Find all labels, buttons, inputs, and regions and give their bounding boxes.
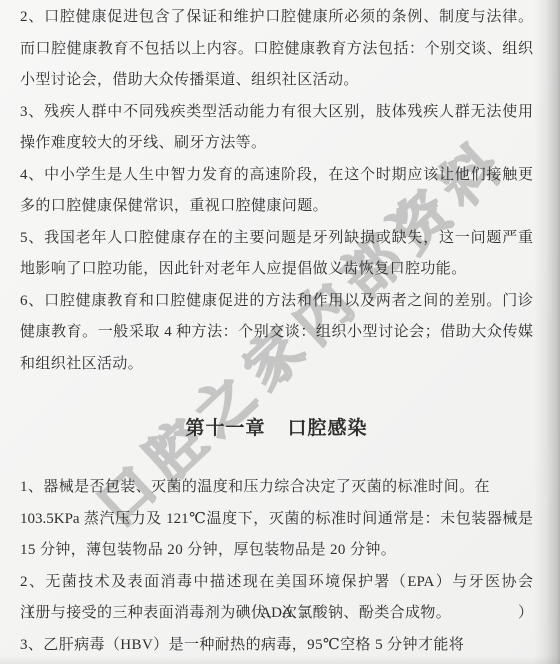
chapter-heading: 第十一章 口腔感染 — [20, 413, 533, 444]
text-line: 小型讨论会，借助大众传播渠道、组织社区活动。 — [20, 65, 533, 97]
text-line: 4、中小学生是人生中智力发育的高速阶段，在这个时期应该让他们接触更 — [20, 160, 533, 192]
text-line: 多的口腔健康保健常识，重视口腔健康问题。 — [20, 191, 533, 223]
text-line: 地影响了口腔功能，因此针对老年人应提倡做义齿恢复口腔功能。 — [20, 254, 533, 286]
text-line: 2、无菌技术及表面消毒中描述现在美国环境保护署（EPA）与牙医协会（ADA） — [20, 567, 533, 599]
text-line: 和组织社区活动。 — [20, 349, 533, 381]
document-content: 2、口腔健康促进包含了保证和维护口腔健康所必须的条例、制度与法律。而口腔健康教育… — [0, 0, 560, 661]
section-oral-health-notes: 2、口腔健康促进包含了保证和维护口腔健康所必须的条例、制度与法律。而口腔健康教育… — [20, 2, 533, 380]
text-line: 操作难度较大的牙线、刷牙方法等。 — [20, 128, 533, 160]
text-line: 3、残疾人群中不同残疾类型活动能力有很大区别，肢体残疾人群无法使用 — [20, 97, 533, 129]
text-line: 5、我国老年人口腔健康存在的主要问题是牙列缺损或缺失，这一问题严重 — [20, 223, 533, 255]
text-line: 6、口腔健康教育和口腔健康促进的方法和作用以及两者之间的差别。门诊 — [20, 286, 533, 318]
text-line: 103.5KPa 蒸汽压力及 121℃温度下，灭菌的标准时间通常是：未包装器械是 — [20, 504, 533, 536]
section-oral-infection-notes: 1、器械是否包装、灭菌的温度和压力综合决定了灭菌的标准时间。在103.5KPa … — [20, 472, 533, 661]
document-page: 口腔之家内部资料 2、口腔健康促进包含了保证和维护口腔健康所必须的条例、制度与法… — [0, 0, 560, 664]
chapter-title: 口腔感染 — [288, 413, 368, 444]
text-line: 2、口腔健康促进包含了保证和维护口腔健康所必须的条例、制度与法律。 — [20, 2, 533, 34]
chapter-number: 第十一章 — [185, 413, 265, 444]
text-line: 1、器械是否包装、灭菌的温度和压力综合决定了灭菌的标准时间。在 — [20, 472, 533, 504]
text-line: 而口腔健康教育不包括以上内容。口腔健康教育方法包括：个别交谈、组织 — [20, 34, 533, 66]
text-line: 3、乙肝病毒（HBV）是一种耐热的病毒，95℃空格 5 分钟才能将 — [20, 630, 533, 662]
text-line: 健康教育。一般采取 4 种方法：个别交谈：组织小型讨论会；借助大众传媒 — [20, 317, 533, 349]
text-line: 15 分钟，薄包装物品 20 分钟，厚包装物品是 20 分钟。 — [20, 535, 533, 567]
